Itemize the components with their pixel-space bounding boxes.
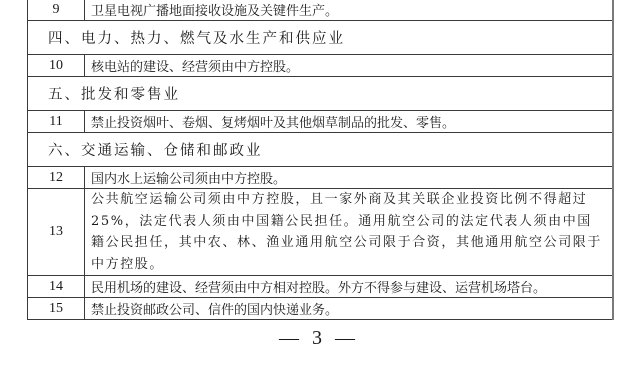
section-heading-row: 六、交通运输、仓储和邮政业 [28, 133, 614, 167]
page-number: — 3 — [0, 327, 638, 350]
table-row: 10 核电站的建设、经营须由中方控股。 [28, 55, 614, 77]
table-row: 9 卫星电视广播地面接收设施及关键件生产。 [28, 0, 614, 21]
item-number: 13 [28, 189, 85, 276]
restriction-table: 9 卫星电视广播地面接收设施及关键件生产。 四、电力、热力、燃气及水生产和供应业… [27, 0, 614, 320]
table-row: 12 国内水上运输公司须由中方控股。 [28, 167, 614, 189]
item-text: 核电站的建设、经营须由中方控股。 [85, 55, 614, 77]
section-heading-row: 五、批发和零售业 [28, 77, 614, 111]
item-number: 14 [28, 276, 85, 298]
section-heading: 四、电力、热力、燃气及水生产和供应业 [28, 21, 614, 55]
item-text: 卫星电视广播地面接收设施及关键件生产。 [85, 0, 614, 21]
table-row: 11 禁止投资烟叶、卷烟、复烤烟叶及其他烟草制品的批发、零售。 [28, 111, 614, 133]
item-text: 民用机场的建设、经营须由中方相对控股。外方不得参与建设、运营机场塔台。 [85, 276, 614, 298]
section-heading: 五、批发和零售业 [28, 77, 614, 111]
table-row: 14 民用机场的建设、经营须由中方相对控股。外方不得参与建设、运营机场塔台。 [28, 276, 614, 298]
item-number: 12 [28, 167, 85, 189]
item-number: 9 [28, 0, 85, 21]
table-row: 15 禁止投资邮政公司、信件的国内快递业务。 [28, 298, 614, 320]
table-row: 13 公共航空运输公司须由中方控股，且一家外商及其关联企业投资比例不得超过25%… [28, 189, 614, 276]
item-number: 11 [28, 111, 85, 133]
item-number: 10 [28, 55, 85, 77]
item-number: 15 [28, 298, 85, 320]
item-text: 国内水上运输公司须由中方控股。 [85, 167, 614, 189]
section-heading: 六、交通运输、仓储和邮政业 [28, 133, 614, 167]
section-heading-row: 四、电力、热力、燃气及水生产和供应业 [28, 21, 614, 55]
item-text: 禁止投资邮政公司、信件的国内快递业务。 [85, 298, 614, 320]
item-text: 公共航空运输公司须由中方控股，且一家外商及其关联企业投资比例不得超过25%，法定… [85, 189, 614, 276]
item-text: 禁止投资烟叶、卷烟、复烤烟叶及其他烟草制品的批发、零售。 [85, 111, 614, 133]
